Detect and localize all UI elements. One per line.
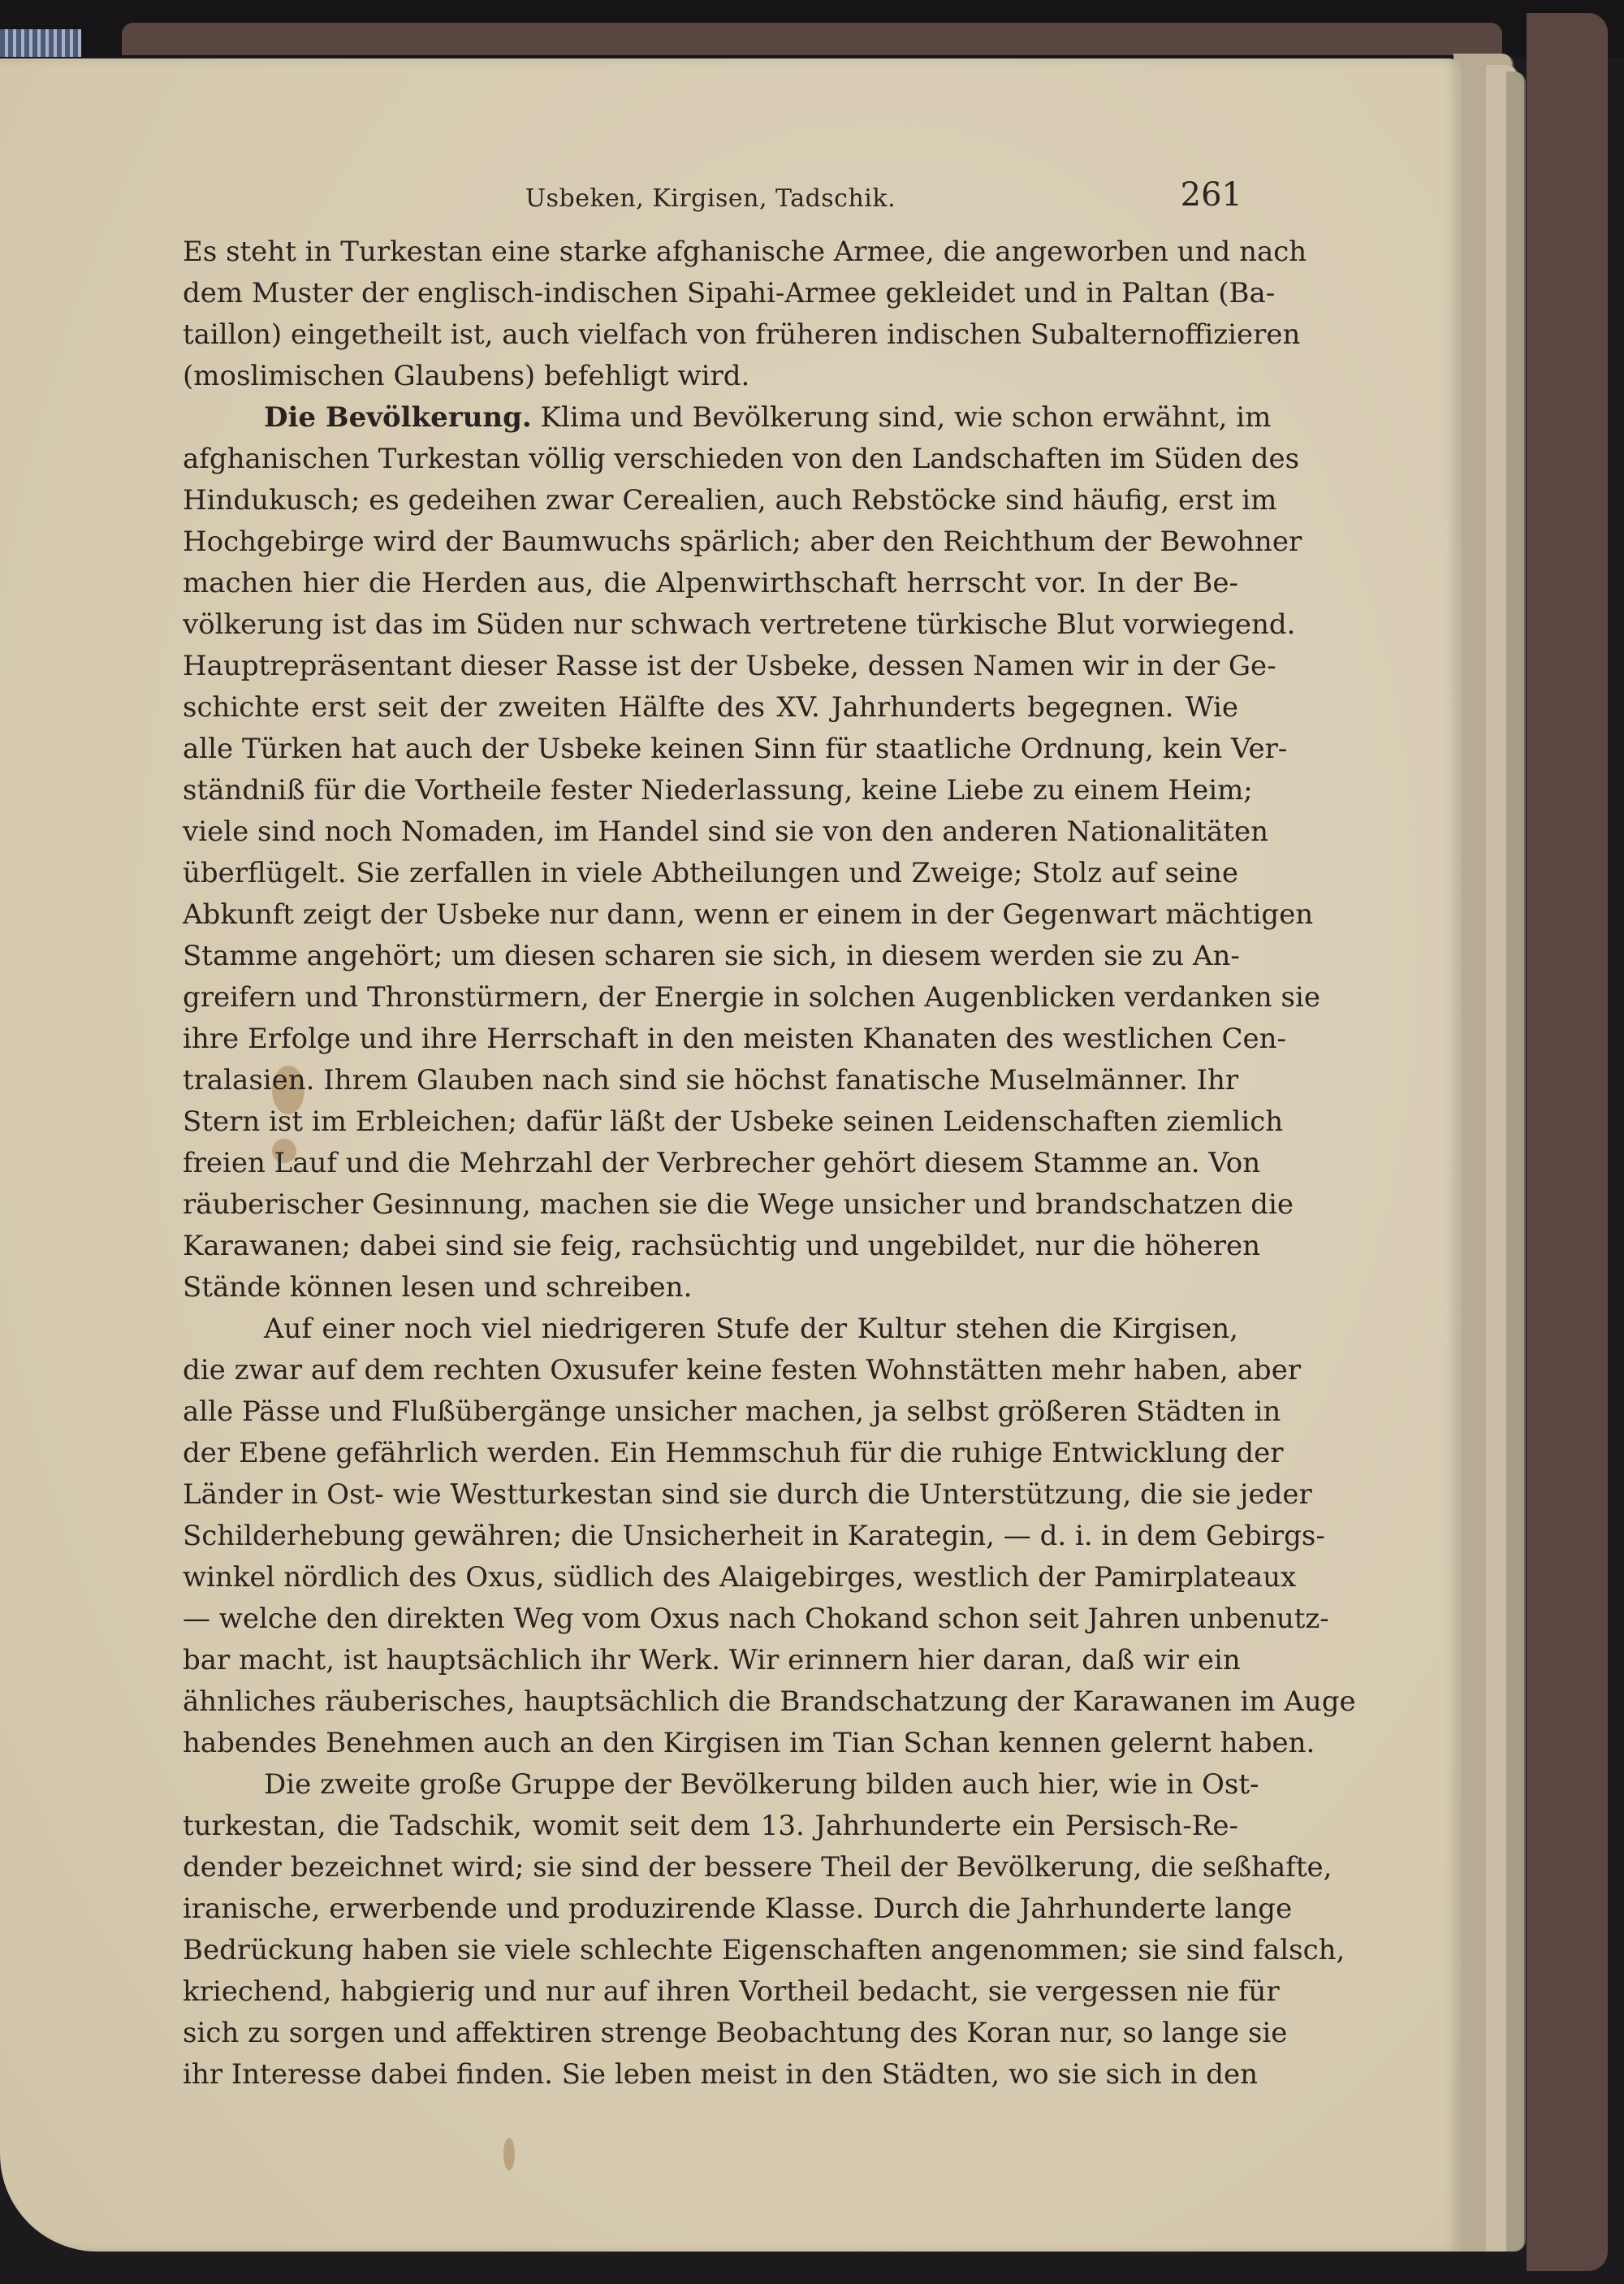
text-line: habendes Benehmen auch an den Kirgisen i…	[183, 1723, 1238, 1764]
line-text: Auf einer noch viel niedrigeren Stufe de…	[264, 1313, 1238, 1345]
line-text: machen hier die Herden aus, die Alpenwir…	[183, 567, 1238, 599]
text-line: taillon) eingetheilt ist, auch vielfach …	[183, 314, 1238, 356]
running-title: Usbeken, Kirgisen, Tadschik.	[183, 184, 1238, 213]
text-line: ähnliches räuberisches, hauptsächlich di…	[183, 1681, 1238, 1723]
line-text: ihre Erfolge und ihre Herrschaft in den …	[183, 1023, 1286, 1055]
text-line: afghanischen Turkestan völlig verschiede…	[183, 439, 1238, 480]
line-text: Stände können lesen und schreiben.	[183, 1271, 692, 1304]
line-text: Bedrückung haben sie viele schlechte Eig…	[183, 1934, 1345, 1966]
text-line: machen hier die Herden aus, die Alpenwir…	[183, 563, 1238, 604]
text-line: greifern und Thronstürmern, der Energie …	[183, 977, 1238, 1019]
text-line: Abkunft zeigt der Usbeke nur dann, wenn …	[183, 894, 1238, 936]
line-text: viele sind noch Nomaden, im Handel sind …	[183, 815, 1268, 848]
book-cover-top-edge	[122, 23, 1502, 55]
line-text: Hochgebirge wird der Baumwuchs spärlich;…	[183, 526, 1302, 558]
line-text: Stamme angehört; um diesen scharen sie s…	[183, 940, 1240, 972]
book-page: Usbeken, Kirgisen, Tadschik. 261 Es steh…	[0, 58, 1462, 2252]
line-text: die zwar auf dem rechten Oxusufer keine …	[183, 1354, 1301, 1386]
line-text: Stern ist im Erbleichen; dafür läßt der …	[183, 1105, 1283, 1138]
text-line: schichte erst seit der zweiten Hälfte de…	[183, 687, 1238, 729]
line-text: dem Muster der englisch-indischen Sipahi…	[183, 277, 1275, 309]
text-line: Stamme angehört; um diesen scharen sie s…	[183, 936, 1238, 977]
text-line: alle Türken hat auch der Usbeke keinen S…	[183, 729, 1238, 770]
section-heading: Die Bevölkerung.	[264, 401, 532, 434]
text-line: viele sind noch Nomaden, im Handel sind …	[183, 811, 1238, 853]
line-text: völkerung ist das im Süden nur schwach v…	[183, 608, 1296, 641]
running-header: Usbeken, Kirgisen, Tadschik. 261	[183, 176, 1238, 225]
text-line: Länder in Ost- wie Westturkestan sind si…	[183, 1474, 1238, 1516]
text-line: die zwar auf dem rechten Oxusufer keine …	[183, 1350, 1238, 1391]
line-text: turkestan, die Tadschik, womit seit dem …	[183, 1810, 1238, 1842]
line-text: afghanischen Turkestan völlig verschiede…	[183, 443, 1299, 475]
line-text: Hauptrepräsentant dieser Rasse ist der U…	[183, 650, 1276, 682]
text-line: ihre Erfolge und ihre Herrschaft in den …	[183, 1019, 1238, 1060]
text-line: der Ebene gefährlich werden. Ein Hemmsch…	[183, 1433, 1238, 1474]
line-text: taillon) eingetheilt ist, auch vielfach …	[183, 318, 1300, 351]
line-text: Karawanen; dabei sind sie feig, rachsüch…	[183, 1230, 1260, 1262]
line-text: winkel nördlich des Oxus, südlich des Al…	[183, 1561, 1296, 1594]
line-text: Länder in Ost- wie Westturkestan sind si…	[183, 1478, 1312, 1511]
line-text: sich zu sorgen und affektiren strenge Be…	[183, 2017, 1287, 2049]
text-line: alle Pässe und Flußübergänge unsicher ma…	[183, 1391, 1238, 1433]
line-text: Es steht in Turkestan eine starke afghan…	[183, 236, 1307, 268]
line-text: überflügelt. Sie zerfallen in viele Abth…	[183, 857, 1238, 889]
line-text: iranische, erwerbende und produzirende K…	[183, 1893, 1292, 1925]
text-line: sich zu sorgen und affektiren strenge Be…	[183, 2013, 1238, 2054]
line-text: Klima und Bevölkerung sind, wie schon er…	[532, 401, 1272, 434]
line-text: — welche den direkten Weg vom Oxus nach …	[183, 1603, 1329, 1635]
text-line: überflügelt. Sie zerfallen in viele Abth…	[183, 853, 1238, 894]
text-line: Hindukusch; es gedeihen zwar Cerealien, …	[183, 480, 1238, 521]
text-line: turkestan, die Tadschik, womit seit dem …	[183, 1806, 1238, 1847]
line-text: greifern und Thronstürmern, der Energie …	[183, 981, 1320, 1014]
text-line: tralasien. Ihrem Glauben nach sind sie h…	[183, 1060, 1238, 1101]
page-number: 261	[1181, 176, 1242, 214]
text-line: Die Bevölkerung. Klima und Bevölkerung s…	[183, 397, 1238, 439]
line-text: alle Pässe und Flußübergänge unsicher ma…	[183, 1395, 1281, 1428]
text-line: Es steht in Turkestan eine starke afghan…	[183, 231, 1238, 273]
text-line: winkel nördlich des Oxus, südlich des Al…	[183, 1557, 1238, 1598]
line-text: ähnliches räuberisches, hauptsächlich di…	[183, 1685, 1356, 1718]
body-text: Es steht in Turkestan eine starke afghan…	[183, 231, 1238, 2096]
text-line: dender bezeichnet wird; sie sind der bes…	[183, 1847, 1238, 1888]
adjacent-book-edge	[0, 29, 81, 57]
line-text: schichte erst seit der zweiten Hälfte de…	[183, 691, 1238, 724]
book-cover-right	[1527, 13, 1608, 2271]
text-line: Die zweite große Gruppe der Bevölkerung …	[183, 1764, 1238, 1806]
text-line: (moslimischen Glaubens) befehligt wird.	[183, 356, 1238, 397]
text-line: ihr Interesse dabei finden. Sie leben me…	[183, 2054, 1238, 2096]
line-text: freien Lauf und die Mehrzahl der Verbrec…	[183, 1147, 1260, 1179]
line-text: ihr Interesse dabei finden. Sie leben me…	[183, 2058, 1258, 2091]
text-line: ständniß für die Vortheile fester Nieder…	[183, 770, 1238, 811]
text-line: Stände können lesen und schreiben.	[183, 1267, 1238, 1309]
line-text: kriechend, habgierig und nur auf ihren V…	[183, 1975, 1280, 2008]
text-line: iranische, erwerbende und produzirende K…	[183, 1888, 1238, 1930]
text-line: Bedrückung haben sie viele schlechte Eig…	[183, 1930, 1238, 1971]
line-text: Schilderhebung gewähren; die Unsicherhei…	[183, 1520, 1325, 1552]
text-line: kriechend, habgierig und nur auf ihren V…	[183, 1971, 1238, 2013]
text-line: Karawanen; dabei sind sie feig, rachsüch…	[183, 1226, 1238, 1267]
line-text: Hindukusch; es gedeihen zwar Cerealien, …	[183, 484, 1276, 517]
foxing-stain	[503, 2138, 515, 2170]
text-line: Hochgebirge wird der Baumwuchs spärlich;…	[183, 521, 1238, 563]
text-line: Stern ist im Erbleichen; dafür läßt der …	[183, 1101, 1238, 1143]
text-line: dem Muster der englisch-indischen Sipahi…	[183, 273, 1238, 314]
line-text: Die zweite große Gruppe der Bevölkerung …	[264, 1768, 1259, 1801]
text-line: völkerung ist das im Süden nur schwach v…	[183, 604, 1238, 646]
line-text: alle Türken hat auch der Usbeke keinen S…	[183, 733, 1287, 765]
text-line: bar macht, ist hauptsächlich ihr Werk. W…	[183, 1640, 1238, 1681]
line-text: bar macht, ist hauptsächlich ihr Werk. W…	[183, 1644, 1241, 1676]
text-line: Schilderhebung gewähren; die Unsicherhei…	[183, 1516, 1238, 1557]
line-text: tralasien. Ihrem Glauben nach sind sie h…	[183, 1064, 1238, 1097]
line-text: (moslimischen Glaubens) befehligt wird.	[183, 360, 749, 392]
line-text: dender bezeichnet wird; sie sind der bes…	[183, 1851, 1332, 1884]
line-text: räuberischer Gesinnung, machen sie die W…	[183, 1188, 1294, 1221]
text-line: freien Lauf und die Mehrzahl der Verbrec…	[183, 1143, 1238, 1184]
text-line: Hauptrepräsentant dieser Rasse ist der U…	[183, 646, 1238, 687]
line-text: habendes Benehmen auch an den Kirgisen i…	[183, 1727, 1315, 1759]
text-line: Auf einer noch viel niedrigeren Stufe de…	[183, 1309, 1238, 1350]
page-stack	[1506, 71, 1526, 2252]
line-text: Abkunft zeigt der Usbeke nur dann, wenn …	[183, 898, 1313, 931]
line-text: ständniß für die Vortheile fester Nieder…	[183, 774, 1253, 807]
line-text: der Ebene gefährlich werden. Ein Hemmsch…	[183, 1437, 1283, 1469]
text-line: räuberischer Gesinnung, machen sie die W…	[183, 1184, 1238, 1226]
text-line: — welche den direkten Weg vom Oxus nach …	[183, 1598, 1238, 1640]
text-block: Usbeken, Kirgisen, Tadschik. 261 Es steh…	[183, 176, 1238, 2096]
